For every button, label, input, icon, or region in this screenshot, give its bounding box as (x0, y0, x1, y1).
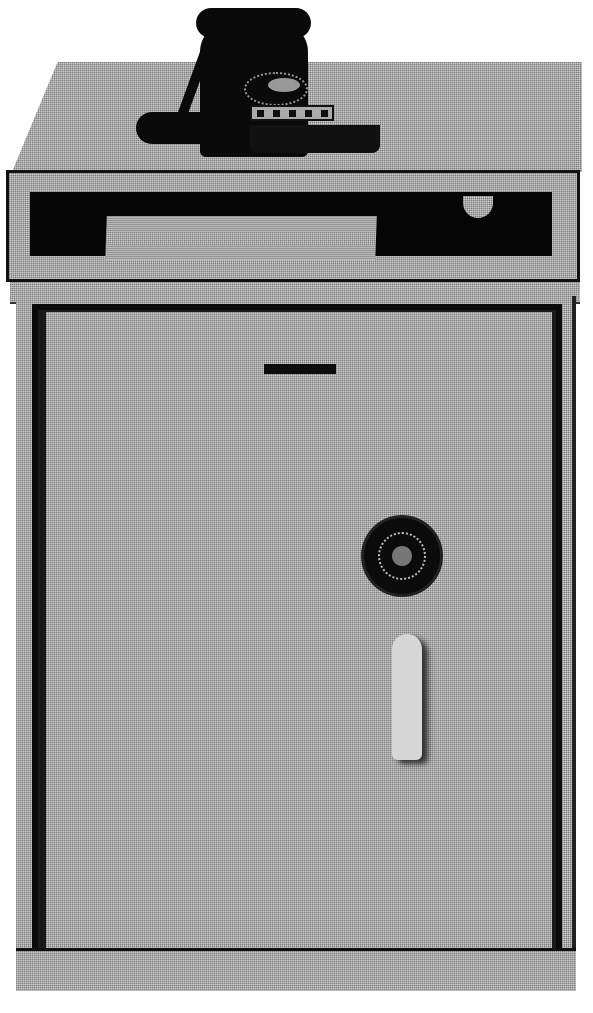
phone-key (289, 110, 296, 117)
papers-in-drawer (105, 216, 377, 260)
dial-center-card (268, 78, 300, 92)
telephone-base (250, 125, 380, 153)
phone-key (321, 110, 328, 117)
phone-key-strip (250, 105, 334, 121)
phone-key (257, 110, 264, 117)
phone-key (273, 110, 280, 117)
phone-key (305, 110, 312, 117)
lever-handle (392, 634, 422, 760)
safe-door (46, 312, 552, 948)
telephone-handset (196, 8, 311, 38)
nameplate (264, 364, 336, 374)
safe-base (16, 948, 576, 991)
dial-knob (392, 546, 412, 566)
